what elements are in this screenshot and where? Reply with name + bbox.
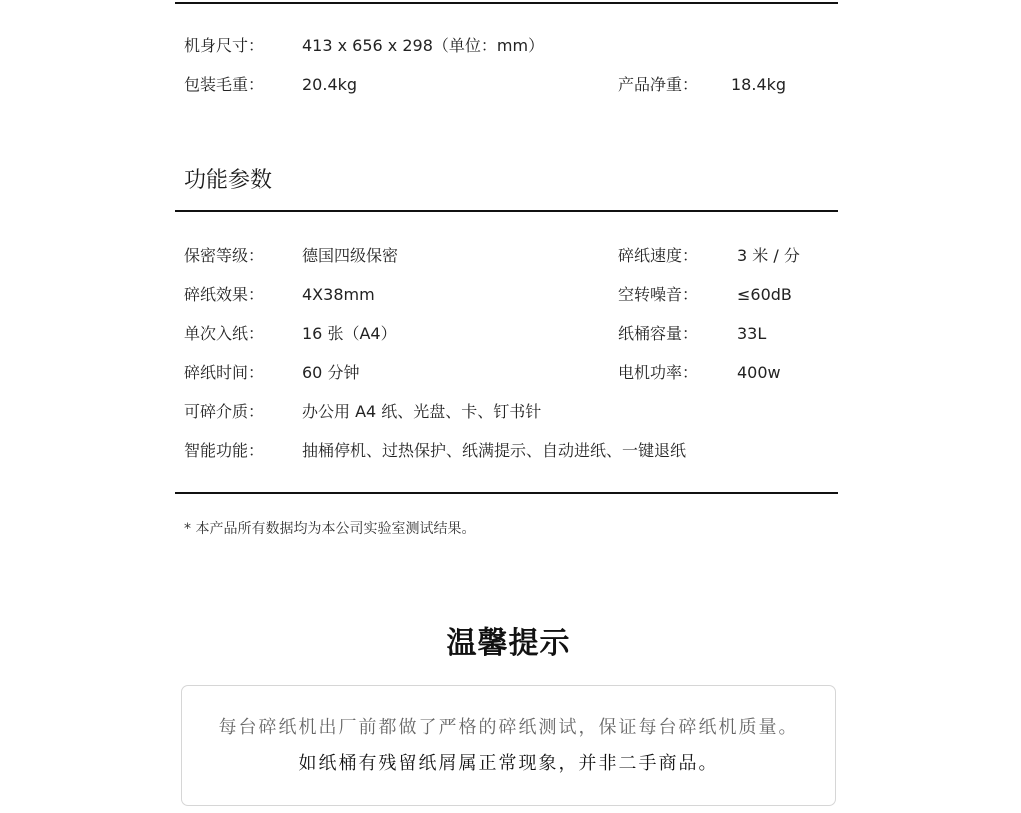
spec-value: ≤60dB <box>737 285 792 305</box>
spec-value: 18.4kg <box>731 75 786 95</box>
spec-label: 单次入纸： <box>184 324 264 344</box>
spec-value: 20.4kg <box>302 75 357 95</box>
section-divider <box>175 210 838 212</box>
spec-label: 包装毛重： <box>184 75 264 95</box>
spec-value: 33L <box>737 324 766 344</box>
product-spec-page: 机身尺寸： 413 x 656 x 298（单位：mm） 包装毛重： 20.4k… <box>0 0 1021 813</box>
spec-label: 碎纸速度： <box>618 246 698 266</box>
spec-value: 3 米 / 分 <box>737 246 800 266</box>
section-title-function-specs: 功能参数 <box>184 167 272 195</box>
spec-label: 智能功能： <box>184 441 264 461</box>
spec-label: 空转噪音： <box>618 285 698 305</box>
spec-label: 碎纸效果： <box>184 285 264 305</box>
spec-value: 60 分钟 <box>302 363 359 383</box>
spec-label: 可碎介质： <box>184 402 264 422</box>
spec-value: 办公用 A4 纸、光盘、卡、钉书针 <box>302 402 541 422</box>
spec-label: 机身尺寸： <box>184 36 264 56</box>
bottom-divider <box>175 492 838 494</box>
spec-value: 抽桶停机、过热保护、纸满提示、自动进纸、一键退纸 <box>302 441 686 461</box>
spec-label: 电机功率： <box>618 363 698 383</box>
tips-text-line-1: 每台碎纸机出厂前都做了严格的碎纸测试，保证每台碎纸机质量。 <box>182 716 835 740</box>
top-divider <box>175 2 838 4</box>
tips-title: 温馨提示 <box>0 626 1017 662</box>
tips-box: 每台碎纸机出厂前都做了严格的碎纸测试，保证每台碎纸机质量。 如纸桶有残留纸屑属正… <box>181 685 836 806</box>
spec-label: 纸桶容量： <box>618 324 698 344</box>
spec-label: 保密等级： <box>184 246 264 266</box>
spec-value: 4X38mm <box>302 285 375 305</box>
spec-label: 碎纸时间： <box>184 363 264 383</box>
spec-value: 400w <box>737 363 781 383</box>
footnote: * 本产品所有数据均为本公司实验室测试结果。 <box>184 520 475 538</box>
spec-value: 413 x 656 x 298（单位：mm） <box>302 36 544 56</box>
spec-value: 德国四级保密 <box>302 246 398 266</box>
spec-label: 产品净重： <box>618 75 698 95</box>
tips-text-line-2: 如纸桶有残留纸屑属正常现象，并非二手商品。 <box>182 752 835 776</box>
spec-value: 16 张（A4） <box>302 324 397 344</box>
